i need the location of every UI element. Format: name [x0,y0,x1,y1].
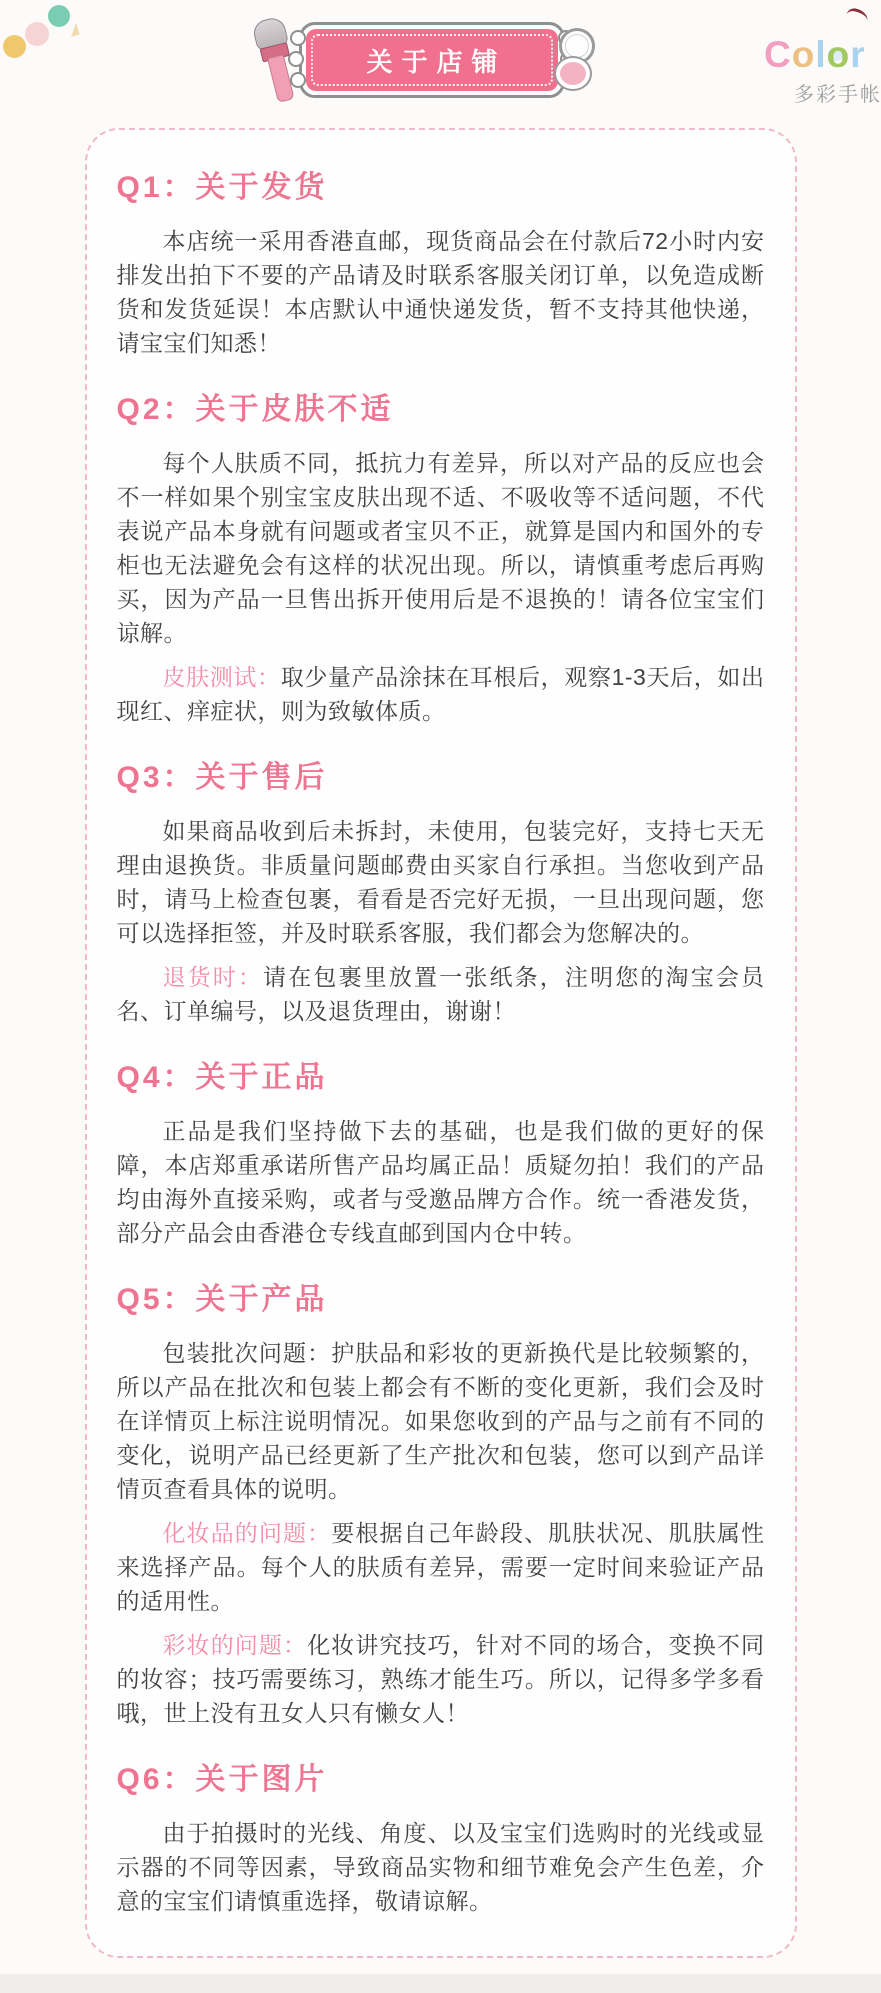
paint-wedge-icon [67,23,79,37]
logo-letter: C [764,34,792,75]
note-label: 彩妆的问题： [163,1632,308,1658]
brand-logo-subtitle: 多彩手帐 [764,78,881,107]
faq-note: 退货时：请在包裹里放置一张纸条，注明您的淘宝会员名、订单编号，以及退货理由，谢谢… [117,960,765,1028]
faq-heading: Q2：关于皮肤不适 [117,394,765,426]
banner-title: 关于店铺 [299,22,565,98]
logo-letter: o [827,34,851,75]
banner: 关于店铺 [299,22,565,98]
faq-section-q6: Q6：关于图片 由于拍摄时的光线、角度、以及宝宝们选购时的光线或显示器的不同等因… [117,1764,765,1918]
faq-heading: Q6：关于图片 [117,1764,765,1796]
note-label: 皮肤测试： [163,664,281,690]
page-header: 关于店铺 Color 多彩手帐 [0,0,881,120]
faq-body: 如果商品收到后未拆封，未使用，包装完好，支持七天无理由退换货。非质量问题邮费由买… [117,814,765,950]
faq-box: Q1：关于发货 本店统一采用香港直邮，现货商品会在付款后72小时内安排发出拍下不… [85,128,797,1958]
brand-logo-word: Color [764,36,881,73]
faq-section-q5: Q5：关于产品 包装批次问题：护肤品和彩妆的更新换代是比较频繁的，所以产品在批次… [117,1284,765,1730]
faq-note: 彩妆的问题：化妆讲究技巧，针对不同的场合，变换不同的妆容；技巧需要练习，熟练才能… [117,1628,765,1730]
note-label: 化妆品的问题： [163,1520,332,1546]
faq-note: 化妆品的问题：要根据自己年龄段、肌肤状况、肌肤属性来选择产品。每个人的肤质有差异… [117,1516,765,1618]
logo-letter: o [792,34,816,75]
bottom-strip [0,1974,881,1993]
faq-body: 本店统一采用香港直邮，现货商品会在付款后72小时内安排发出拍下不要的产品请及时联… [117,224,765,360]
red-squiggle-icon [845,7,870,27]
watercolor-dot-teal-icon [48,5,70,27]
faq-section-q3: Q3：关于售后 如果商品收到后未拆封，未使用，包装完好，支持七天无理由退换货。非… [117,762,765,1028]
note-label: 退货时： [163,964,264,990]
faq-heading: Q4：关于正品 [117,1062,765,1094]
faq-note: 皮肤测试：取少量产品涂抹在耳根后，观察1-3天后，如出现红、痒症状，则为致敏体质… [117,660,765,728]
faq-section-q4: Q4：关于正品 正品是我们坚持做下去的基础，也是我们做的更好的保障，本店郑重承诺… [117,1062,765,1250]
faq-body: 正品是我们坚持做下去的基础，也是我们做的更好的保障，本店郑重承诺所售产品均属正品… [117,1114,765,1250]
faq-section-q2: Q2：关于皮肤不适 每个人肤质不同，抵抗力有差异，所以对产品的反应也会不一样如果… [117,394,765,728]
logo-letter: r [850,34,865,75]
faq-heading: Q5：关于产品 [117,1284,765,1316]
watercolor-dot-pink-icon [25,22,49,46]
logo-letter: l [815,34,826,75]
watercolor-dot-yellow-icon [3,35,26,58]
brand-logo: Color 多彩手帐 [764,36,881,107]
faq-body: 包装批次问题：护肤品和彩妆的更新换代是比较频繁的，所以产品在批次和包装上都会有不… [117,1336,765,1506]
faq-heading: Q1：关于发货 [117,172,765,204]
faq-body: 每个人肤质不同，抵抗力有差异，所以对产品的反应也会不一样如果个别宝宝皮肤出现不适… [117,446,765,650]
faq-body: 由于拍摄时的光线、角度、以及宝宝们选购时的光线或显示器的不同等因素，导致商品实物… [117,1816,765,1918]
faq-heading: Q3：关于售后 [117,762,765,794]
faq-section-q1: Q1：关于发货 本店统一采用香港直邮，现货商品会在付款后72小时内安排发出拍下不… [117,172,765,360]
store-faq-page: 关于店铺 Color 多彩手帐 Q1：关于发货 本店统一采用香港直邮，现货商品会… [0,0,881,1993]
